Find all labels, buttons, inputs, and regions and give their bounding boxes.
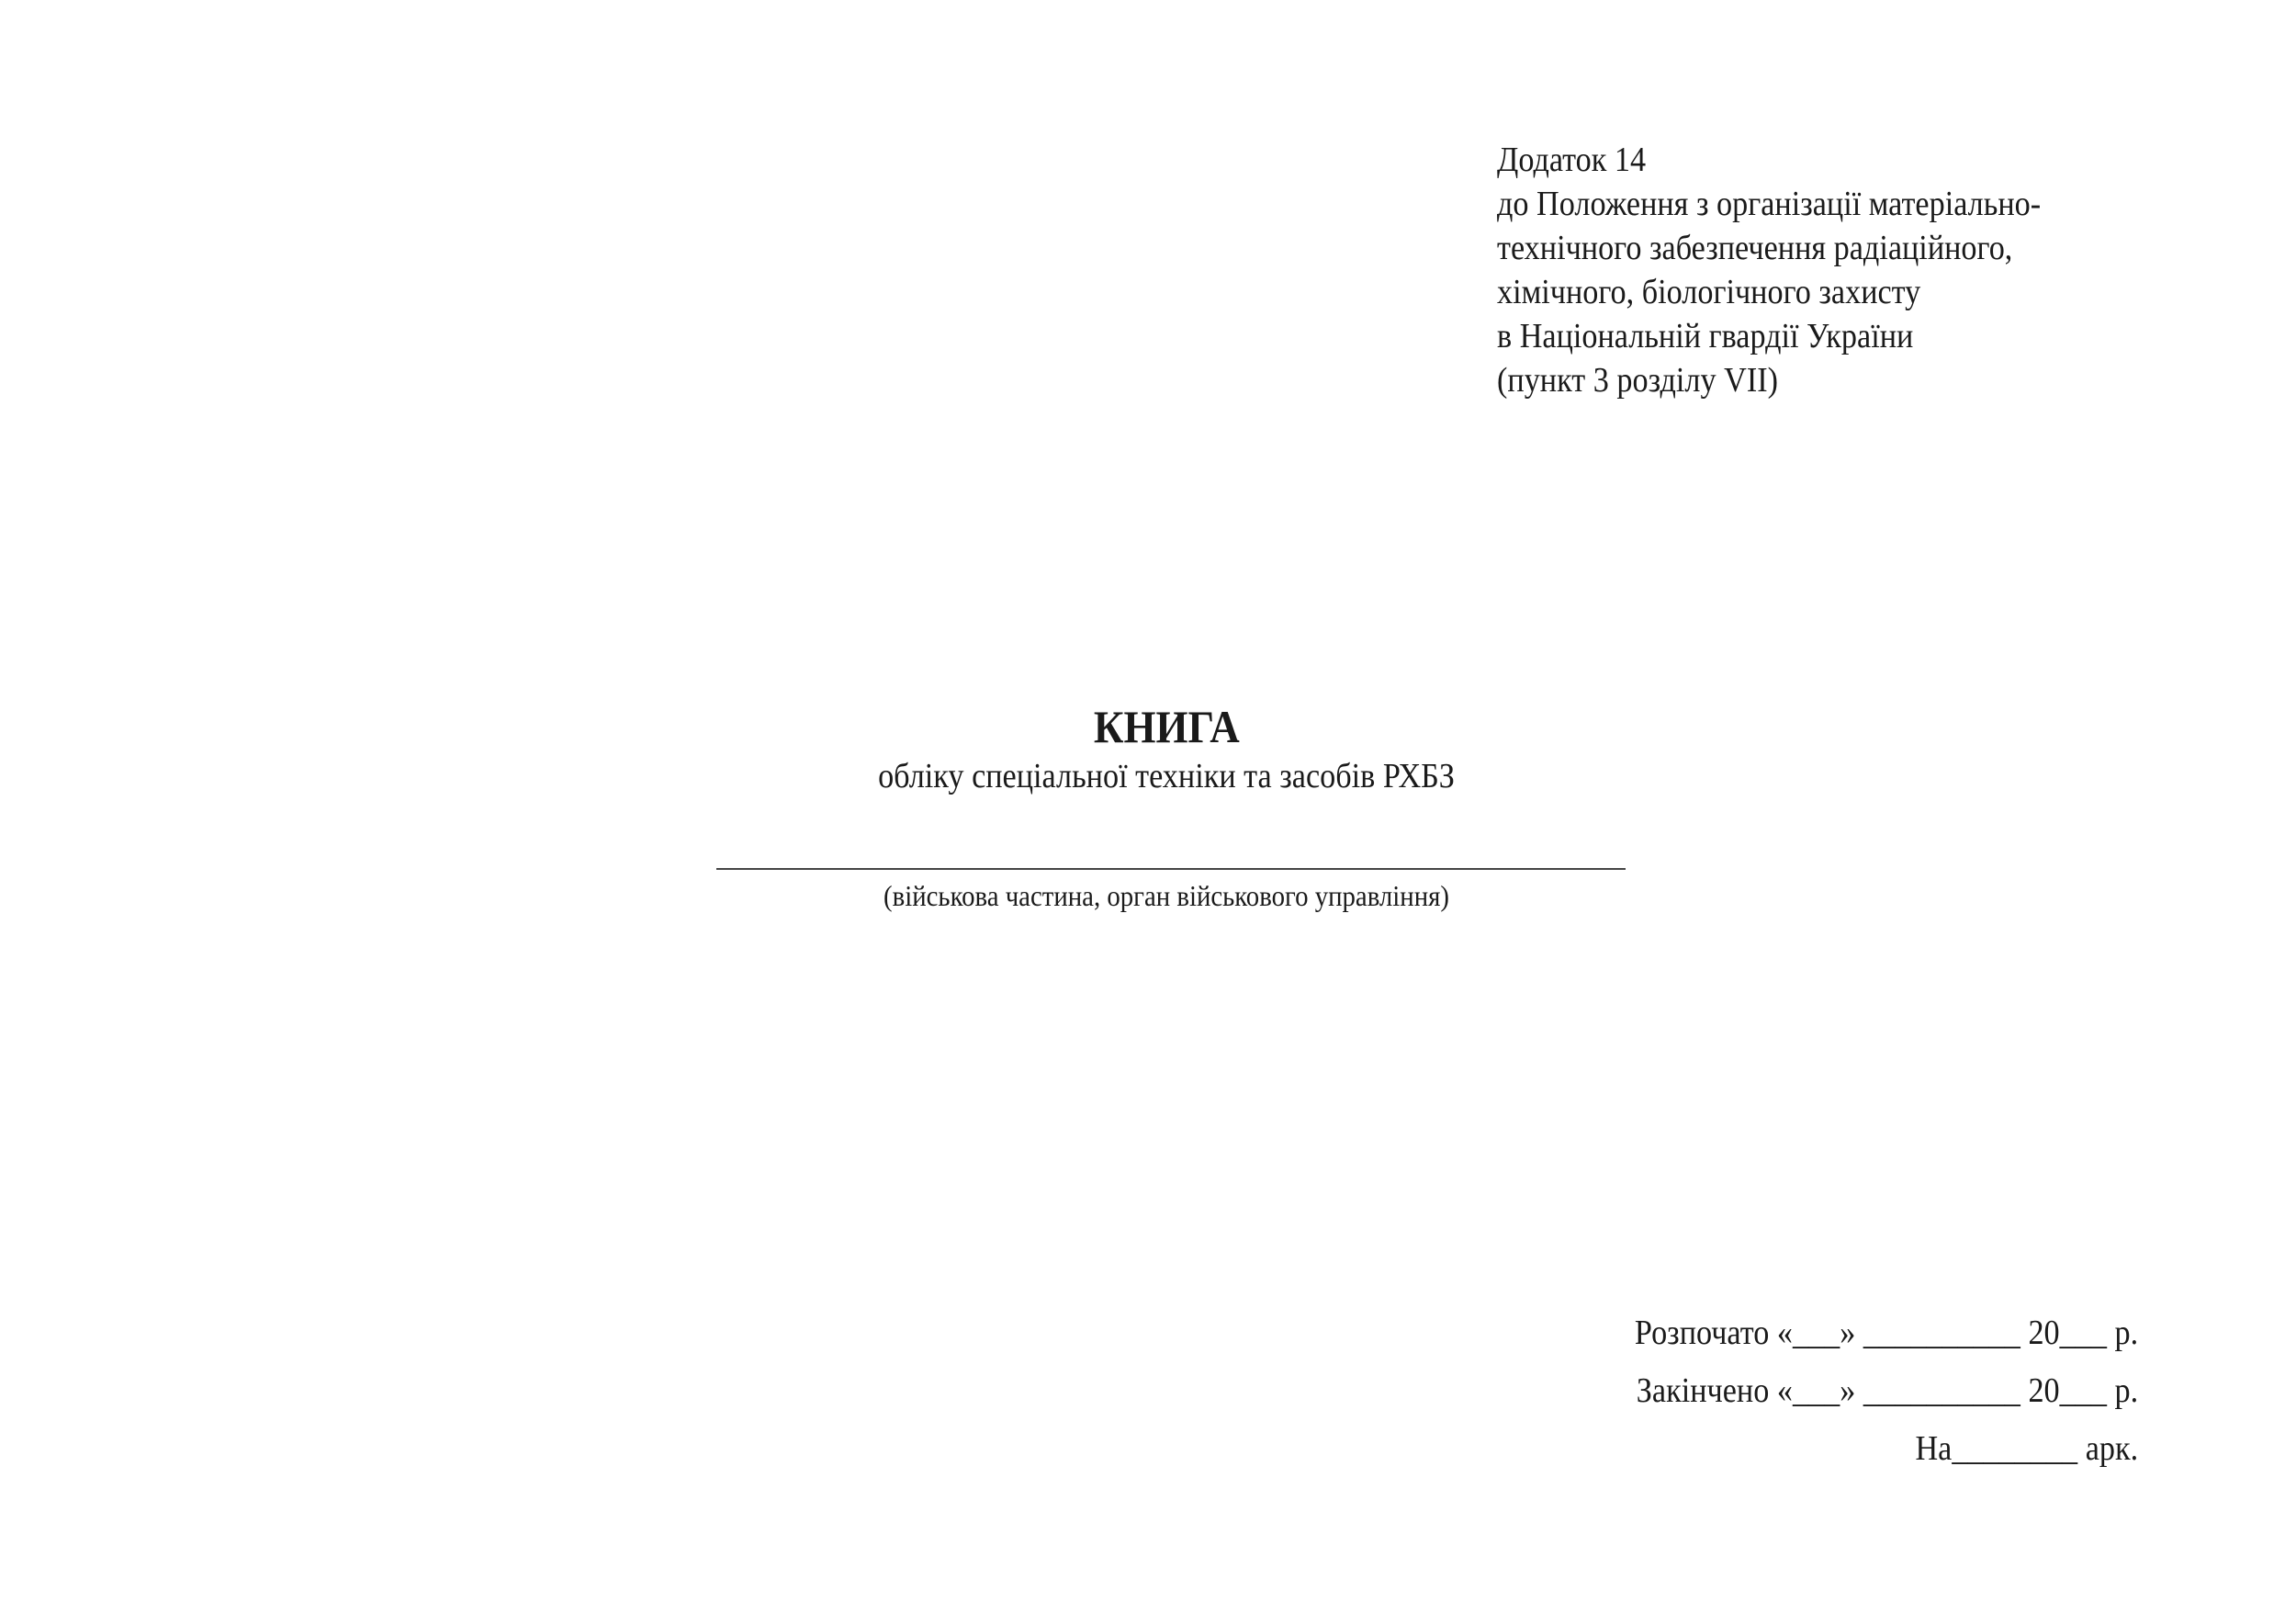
appendix-line: до Положення з організації матеріально-	[1497, 182, 2041, 226]
book-subtitle: обліку спеціальної техніки та засобів РХ…	[117, 755, 2216, 797]
sheet-count-line: На________ арк.	[1635, 1420, 2138, 1478]
appendix-note: Додаток 14 до Положення з організації ма…	[1497, 138, 2041, 402]
appendix-line: хімічного, біологічного захисту	[1497, 270, 2041, 314]
appendix-line: (пункт 3 розділу VII)	[1497, 358, 2041, 402]
started-date-line: Розпочато «___» __________ 20___ р.	[1635, 1304, 2138, 1362]
title-block: КНИГА обліку спеціальної техніки та засо…	[0, 698, 2296, 797]
finished-date-line: Закінчено «___» __________ 20___ р.	[1635, 1362, 2138, 1420]
military-unit-caption: (військова частина, орган військового уп…	[117, 877, 2216, 914]
appendix-line: Додаток 14	[1497, 138, 2041, 182]
dates-block: Розпочато «___» __________ 20___ р. Закі…	[1635, 1304, 2138, 1478]
military-unit-field[interactable]	[716, 868, 1626, 870]
appendix-line: в Національній гвардії України	[1497, 314, 2041, 358]
appendix-line: технічного забезпечення радіаційного,	[1497, 226, 2041, 270]
book-title: КНИГА	[1094, 698, 1240, 755]
